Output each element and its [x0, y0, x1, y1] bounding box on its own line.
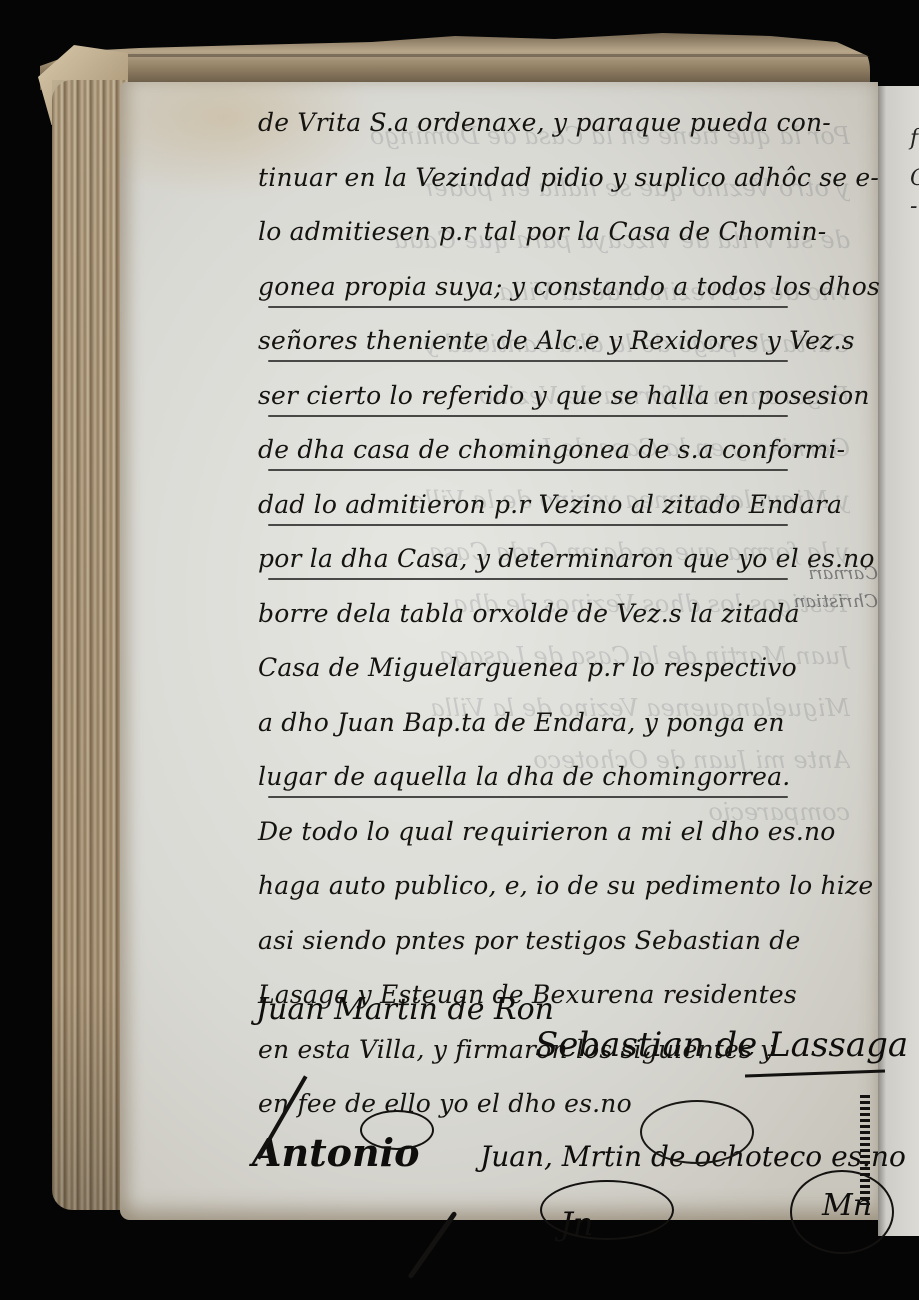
text-line: por la dha Casa, y determinaron que yo e… [258, 532, 818, 587]
flourish-loop [640, 1100, 754, 1164]
flourish-loop [360, 1110, 434, 1150]
left-page-stack [52, 80, 127, 1210]
torn-top-page-edges [40, 30, 870, 90]
text-line: De todo lo qual requirieron a mi el dho … [258, 805, 818, 860]
text-line: de Vrita S.a ordenaxe, y paraque pueda c… [258, 96, 818, 151]
text-line: dad lo admitieron p.r Vezino al zitado E… [258, 478, 818, 533]
margin-note-line: Christian [808, 588, 878, 616]
margin-note-bleedthrough: Carnari Christian [808, 560, 878, 660]
flourish-loop [540, 1180, 674, 1240]
book-scan: f C - Por la que tiene en la Casa de Dom… [0, 0, 919, 1300]
flourish-loop [790, 1170, 894, 1254]
pen-stroke [408, 1211, 458, 1279]
signature-juan-martin: Juan Martin de Ron [256, 992, 554, 1027]
text-line: borre dela tabla orxolde de Vez.s la zit… [258, 587, 818, 642]
text-line: señores theniente de Alc.e y Rexidores y… [258, 314, 818, 369]
next-page-mark: - [910, 194, 917, 219]
text-line: tinuar en la Vezindad pidio y suplico ad… [258, 151, 818, 206]
next-page-mark: f [910, 126, 918, 151]
manuscript-body: de Vrita S.a ordenaxe, y paraque pueda c… [258, 96, 818, 1132]
text-line: asi siendo pntes por testigos Sebastian … [258, 914, 818, 969]
text-line: haga auto publico, e, io de su pedimento… [258, 859, 818, 914]
rubric-zigzag [860, 1095, 870, 1205]
text-line: gonea propia suya; y constando a todos l… [258, 260, 818, 315]
text-line: ser cierto lo referido y que se halla en… [258, 369, 818, 424]
text-line: Casa de Miguelarguenea p.r lo respectivo [258, 641, 818, 696]
signature-sebastian-lassaga: Sebastian de Lassaga [535, 1025, 908, 1065]
text-line: a dho Juan Bap.ta de Endara, y ponga en [258, 696, 818, 751]
text-line: lo admitiesen p.r tal por la Casa de Cho… [258, 205, 818, 260]
text-line: de dha casa de chomingonea de s.a confor… [258, 423, 818, 478]
next-page-mark: C [910, 166, 919, 191]
text-line: lugar de aquella la dha de chomingorrea. [258, 750, 818, 805]
